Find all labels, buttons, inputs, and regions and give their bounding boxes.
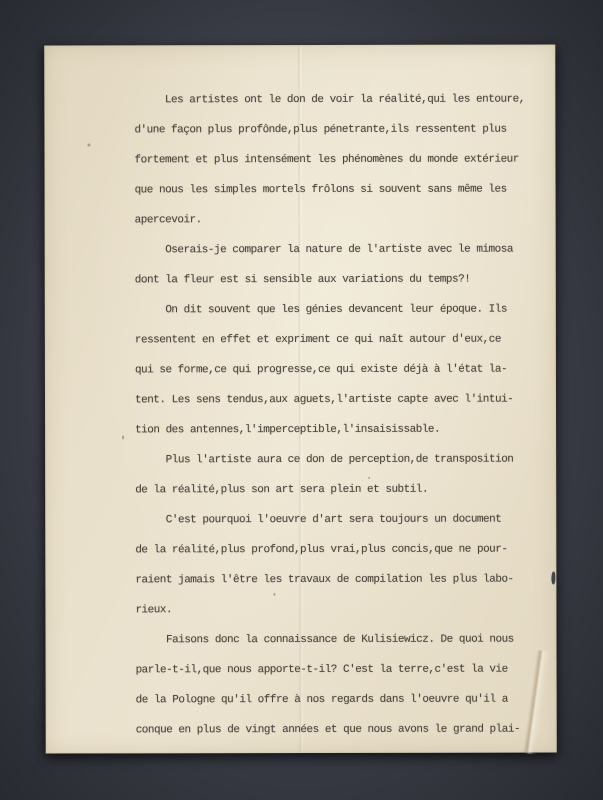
paper-speck: [122, 435, 124, 439]
text-line: tent. Les sens tendus,aux aguets,l'artis…: [135, 385, 532, 416]
text-line: de la Pologne qu'il offre à nos regards …: [136, 685, 533, 716]
text-line: rieux.: [135, 595, 532, 626]
text-line: On dit souvent que les génies devancent …: [135, 295, 532, 326]
text-line: dont la fleur est si sensible aux variat…: [135, 265, 532, 296]
text-line: C'est pourquoi l'oeuvre d'art sera toujo…: [135, 505, 532, 536]
text-line: Plus l'artiste aura ce don de perception…: [135, 445, 532, 476]
typewritten-text: Les artistes ont le don de voir la réali…: [134, 85, 532, 746]
text-line: d'une façon plus profônde,plus pénetrant…: [134, 115, 531, 146]
text-line: conque en plus de vingt années et que no…: [136, 715, 533, 746]
text-line: qui se forme,ce qui progresse,ce qui exi…: [135, 355, 532, 386]
text-line: ressentent en effet et expriment ce qui …: [135, 325, 532, 356]
text-line: Les artistes ont le don de voir la réali…: [134, 85, 531, 116]
text-line: de la réalité,plus son art sera plein et…: [135, 475, 532, 506]
text-line: fortement et plus intensément les phénom…: [134, 145, 531, 176]
text-line: de la réalité,plus profond,plus vrai,plu…: [135, 535, 532, 566]
text-line: Faisons donc la connaissance de Kulisiew…: [135, 625, 532, 656]
text-line: parle-t-il,que nous apporte-t-il? C'est …: [136, 655, 533, 686]
text-line: tion des antennes,l'imperceptible,l'insa…: [135, 415, 532, 446]
text-line: Oserais-je comparer la nature de l'artis…: [135, 235, 532, 266]
paper-speck: [87, 143, 90, 146]
document-page: Les artistes ont le don de voir la réali…: [44, 44, 556, 753]
text-line: apercevoir.: [135, 205, 532, 236]
text-line: raient jamais l'être les travaux de comp…: [135, 565, 532, 596]
text-line: que nous les simples mortels frôlons si …: [135, 175, 532, 206]
right-edge-nick: [551, 571, 555, 584]
